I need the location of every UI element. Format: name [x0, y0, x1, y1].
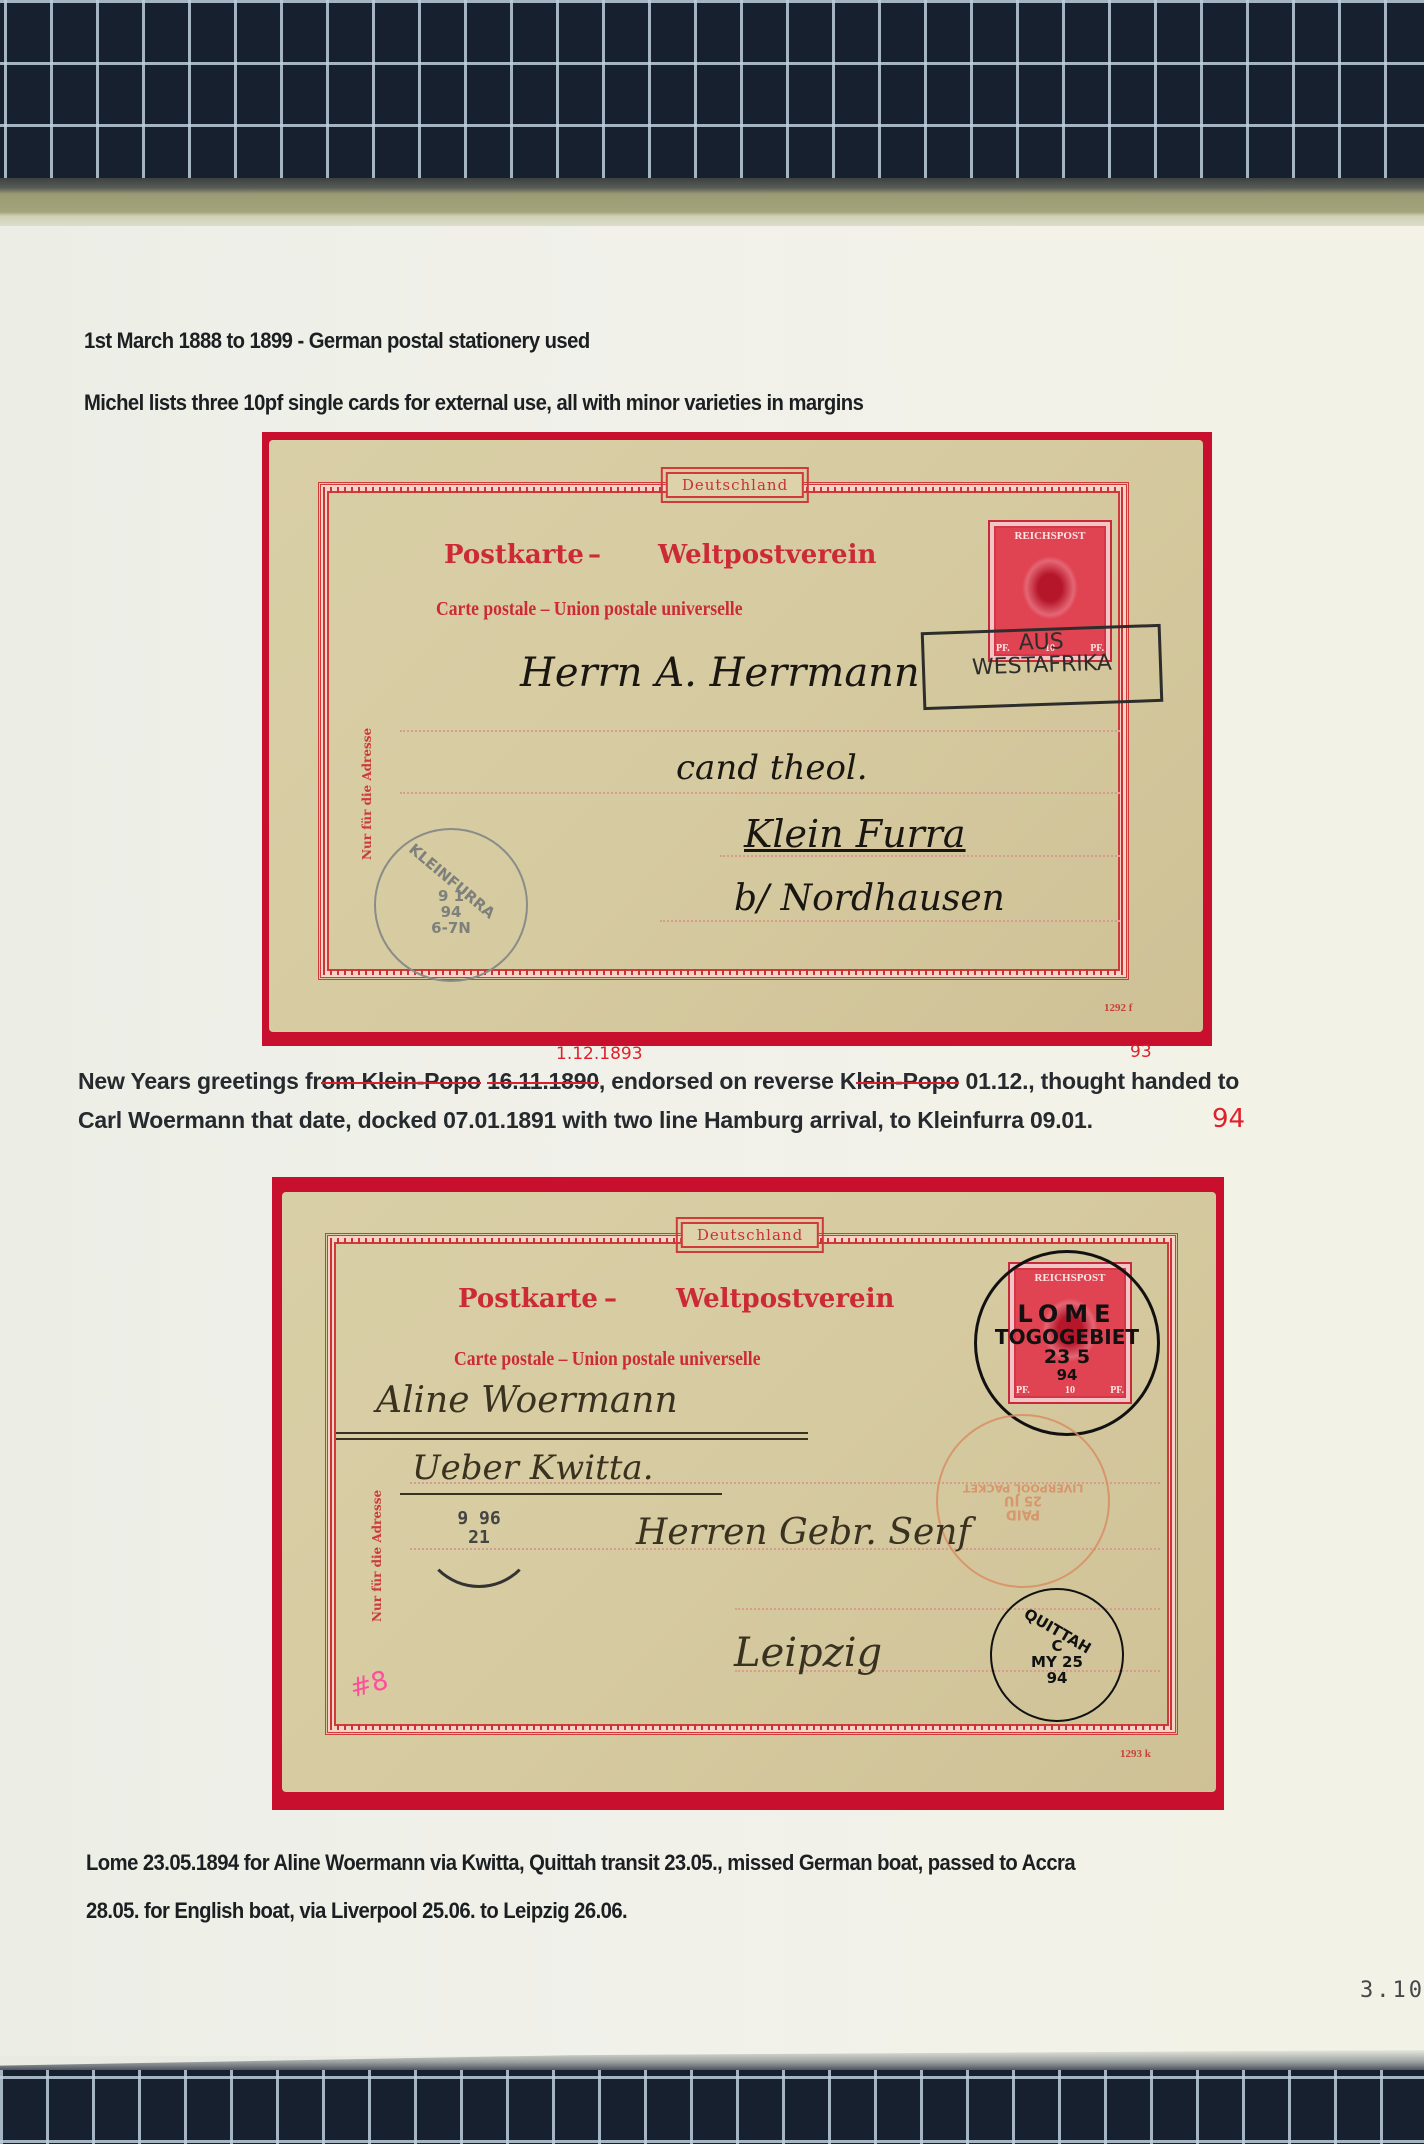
- card1-number: 1292 f: [1104, 1002, 1132, 1014]
- card2-weltpostverein: Weltpostverein: [676, 1284, 894, 1314]
- postmark-region: TOGOGEBIET: [995, 1327, 1139, 1348]
- page-number: 3.10: [1360, 1978, 1424, 2003]
- card2-strike-lines: [336, 1432, 808, 1440]
- annotation-year-94: 94: [1212, 1104, 1245, 1134]
- postmark-year: 94: [1047, 1671, 1068, 1687]
- card2-address-line-4: Leipzig: [734, 1630, 882, 1676]
- card2-quittah-postmark: QUITTAH C MY 25 94: [990, 1588, 1124, 1722]
- card1-address-line-3: Klein Furra: [744, 812, 966, 856]
- card2-address-line-1: Aline Woermann: [376, 1380, 678, 1421]
- caption-text: 01.12., thought handed to: [959, 1068, 1239, 1094]
- card2-address-line-3: Herren Gebr. Senf: [636, 1512, 971, 1553]
- card2-side-text: Nur für die Adresse: [370, 1490, 384, 1622]
- card1-deutschland-label: Deutschland: [666, 472, 804, 498]
- caption-text: , endorsed on reverse K: [599, 1068, 856, 1094]
- struck-text: lein-Popo: [856, 1068, 959, 1094]
- card1-dash: –: [588, 540, 601, 570]
- card1-aus-westafrika-cancel: AUS WESTAFRIKA: [921, 624, 1164, 710]
- struck-text: om Klein-Popo: [321, 1068, 481, 1094]
- card1-address-line: [400, 792, 1120, 794]
- annotation-date-correction: 1.12.1893: [556, 1044, 643, 1064]
- stamp-reichspost: REICHSPOST: [1000, 530, 1100, 542]
- postmark-town: LIVERPOOL PACKET: [963, 1482, 1083, 1494]
- postmark-year: 94: [1057, 1368, 1078, 1384]
- card2-address-line-2: Ueber Kwitta.: [412, 1448, 654, 1488]
- postmark-town: LOME: [1017, 1302, 1116, 1327]
- card1-address-line-4: b/ Nordhausen: [734, 878, 1005, 919]
- card2-dash: –: [604, 1284, 617, 1314]
- sleeve-edge-top: [0, 178, 1424, 228]
- card1-address-line-2: cand theol.: [676, 748, 868, 788]
- annotation-year-93: 93: [1130, 1042, 1152, 1062]
- caption2-line2: 28.05. for English boat, via Liverpool 2…: [86, 1898, 627, 1924]
- card1-carte-postale: Carte postale – Union postale universell…: [436, 598, 743, 621]
- caption1-line1: New Years greetings from Klein-Popo 16.1…: [78, 1068, 1239, 1095]
- postmark-date: 23 5: [1044, 1348, 1090, 1368]
- eagle-icon: [1022, 556, 1078, 620]
- card1-postkarte: Postkarte: [444, 540, 584, 570]
- card2-deutschland-label: Deutschland: [681, 1222, 819, 1248]
- postmark-time: 6-7N: [431, 921, 471, 937]
- card2-carte-postale: Carte postale – Union postale universell…: [454, 1348, 761, 1371]
- card1-address-line: [660, 920, 1120, 922]
- page-heading: 1st March 1888 to 1899 - German postal s…: [84, 328, 590, 354]
- card2-liverpool-packet-postmark: LIVERPOOL PACKET 25 JU PAID: [936, 1414, 1110, 1588]
- card1-side-text: Nur für die Adresse: [360, 728, 374, 860]
- card2-number: 1293 k: [1120, 1748, 1151, 1760]
- card2-underline: [400, 1493, 722, 1495]
- transit-code: 21: [468, 1529, 490, 1548]
- postmark-date: 25 JU: [1004, 1493, 1042, 1507]
- binder-grid-bottom: [0, 2070, 1424, 2144]
- page-subheading: Michel lists three 10pf single cards for…: [84, 390, 863, 416]
- struck-text: 16.11.1890: [487, 1068, 599, 1094]
- card1-weltpostverein: Weltpostverein: [658, 540, 876, 570]
- card2-lome-postmark: LOME TOGOGEBIET 23 5 94: [974, 1250, 1160, 1436]
- card1-address-line-1: Herrn A. Herrmann: [520, 650, 920, 696]
- caption-text: New Years greetings fr: [78, 1068, 321, 1094]
- caption2-line1: Lome 23.05.1894 for Aline Woermann via K…: [86, 1850, 1075, 1876]
- card2-postkarte: Postkarte: [458, 1284, 598, 1314]
- caption1-line2: Carl Woermann that date, docked 07.01.18…: [78, 1107, 1093, 1134]
- postmark-status: PAID: [1006, 1507, 1040, 1521]
- card1-kleinfurra-postmark: KLEINFURRA 9 1 94 6-7N: [374, 828, 528, 982]
- binder-grid-top: [0, 0, 1424, 184]
- card1-address-line: [400, 730, 1120, 732]
